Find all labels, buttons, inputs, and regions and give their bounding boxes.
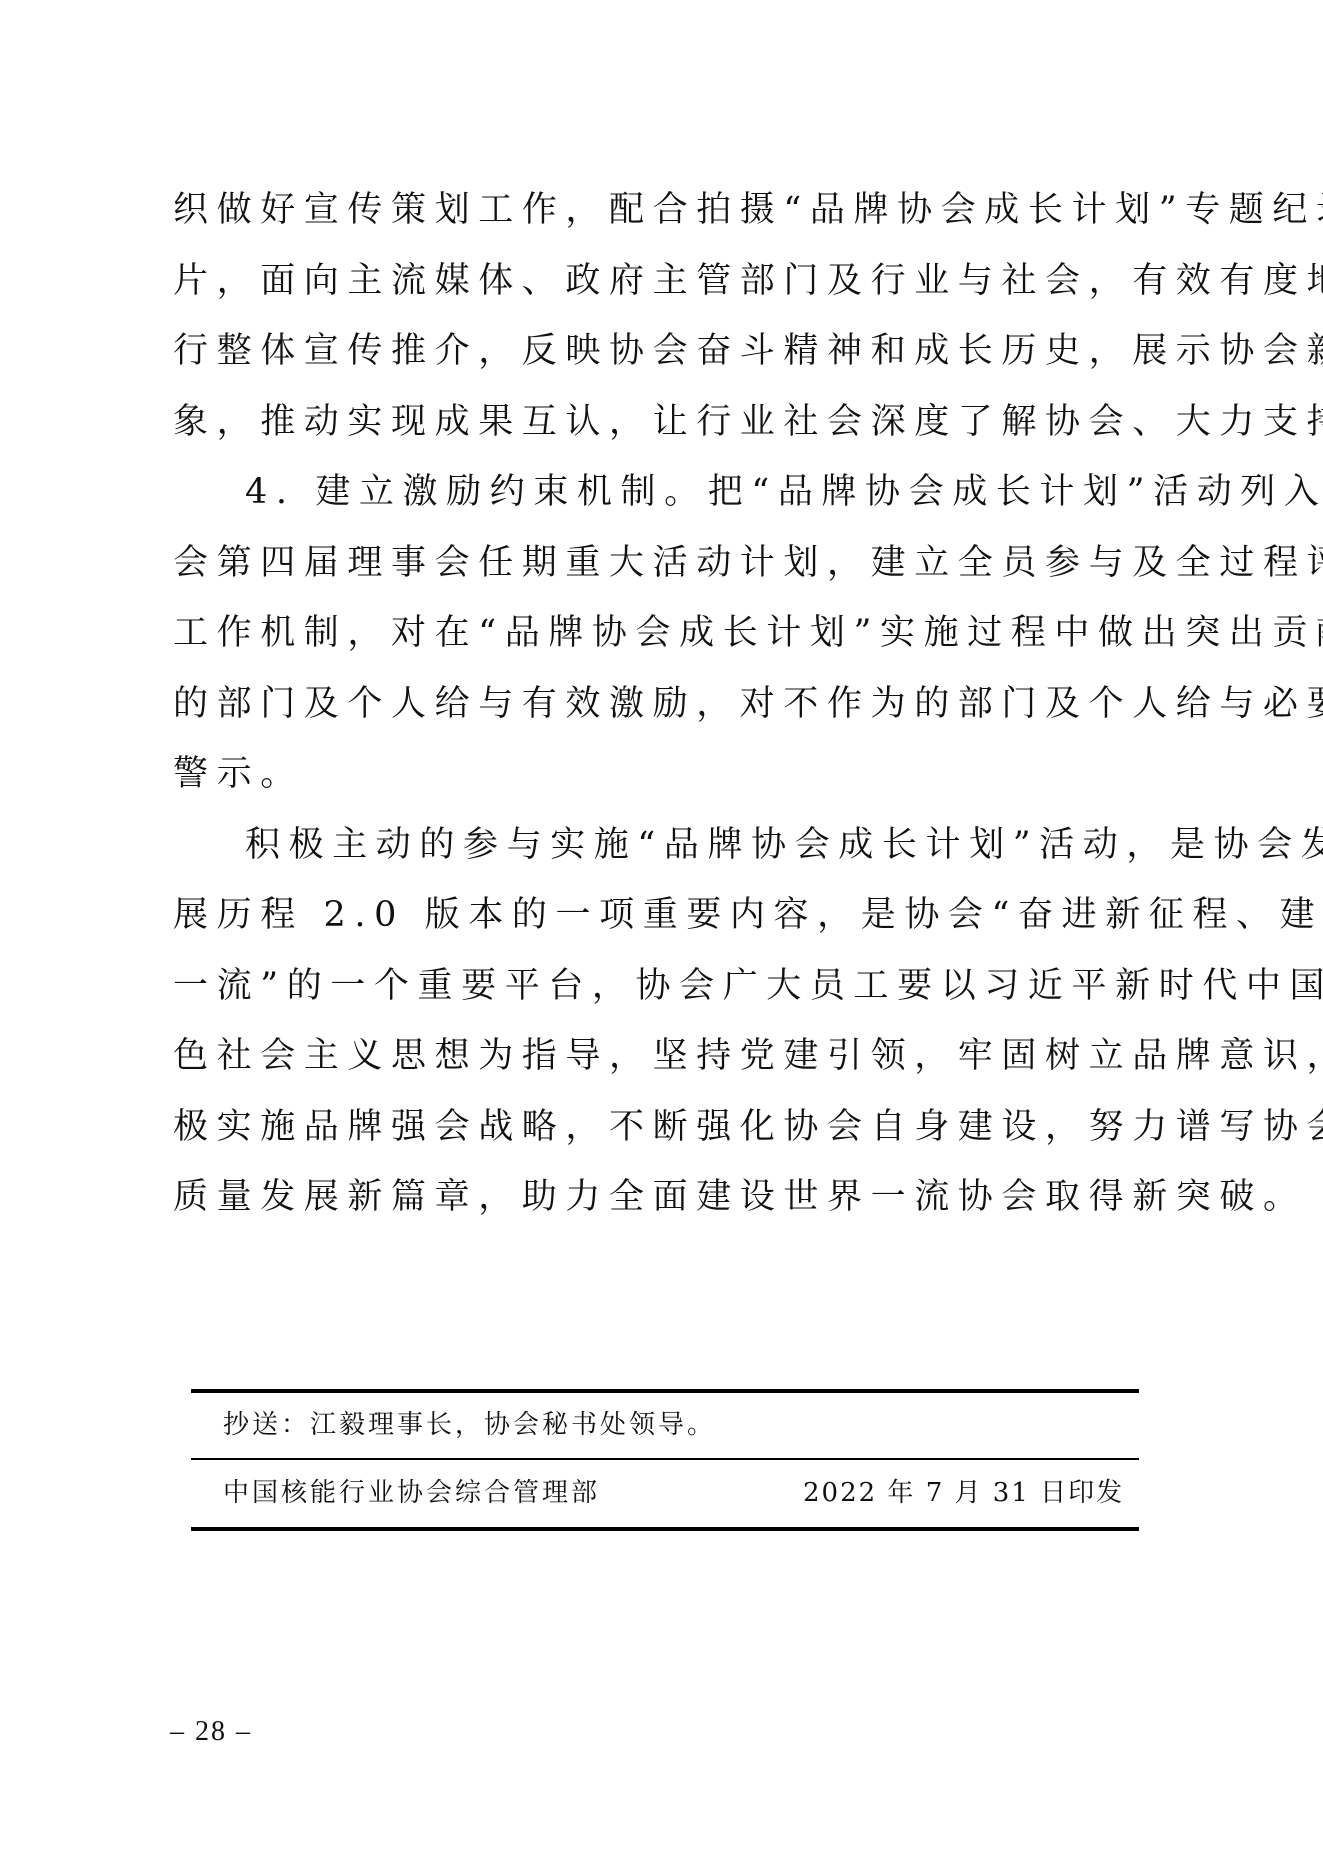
text-line: 一流”的一个重要平台，协会广大员工要以习近平新时代中国特	[173, 951, 1163, 1022]
cc-line: 抄送：江毅理事长，协会秘书处领导。	[191, 1393, 1139, 1458]
text-line: 质量发展新篇章，助力全面建设世界一流协会取得新突破。	[173, 1162, 1163, 1233]
text-line: 积极主动的参与实施“品牌协会成长计划”活动，是协会发	[173, 810, 1163, 881]
paragraph-incentive-mechanism: 4. 建立激励约束机制。把“品牌协会成长计划”活动列入协 会第四届理事会任期重大…	[173, 457, 1163, 810]
text-line: 会第四届理事会任期重大活动计划，建立全员参与及全过程评价	[173, 528, 1163, 599]
text-line: 展历程 2.0 版本的一项重要内容，是协会“奋进新征程、建功创	[173, 880, 1163, 951]
text-line: 色社会主义思想为指导，坚持党建引领，牢固树立品牌意识，积	[173, 1021, 1163, 1092]
text-line: 工作机制，对在“品牌协会成长计划”实施过程中做出突出贡献	[173, 598, 1163, 669]
issuer-name: 中国核能行业协会综合管理部	[223, 1478, 600, 1508]
text-line: 警示。	[173, 739, 1163, 810]
text-line: 行整体宣传推介，反映协会奋斗精神和成长历史，展示协会新形	[173, 316, 1163, 387]
paragraph-continued: 织做好宣传策划工作，配合拍摄“品牌协会成长计划”专题纪录 片，面向主流媒体、政府…	[173, 175, 1163, 457]
text-line: 象，推动实现成果互认，让行业社会深度了解协会、大力支持协会。	[173, 387, 1163, 458]
body-text: 织做好宣传策划工作，配合拍摄“品牌协会成长计划”专题纪录 片，面向主流媒体、政府…	[173, 175, 1163, 1233]
document-page: 织做好宣传策划工作，配合拍摄“品牌协会成长计划”专题纪录 片，面向主流媒体、政府…	[0, 0, 1323, 1871]
text-line: 的部门及个人给与有效激励，对不作为的部门及个人给与必要的	[173, 669, 1163, 740]
issue-date: 2022 年 7 月 31 日印发	[803, 1460, 1124, 1527]
paragraph-conclusion: 积极主动的参与实施“品牌协会成长计划”活动，是协会发 展历程 2.0 版本的一项…	[173, 810, 1163, 1233]
text-line: 织做好宣传策划工作，配合拍摄“品牌协会成长计划”专题纪录	[173, 175, 1163, 246]
text-line: 片，面向主流媒体、政府主管部门及行业与社会，有效有度地进	[173, 246, 1163, 317]
issue-row: 中国核能行业协会综合管理部 2022 年 7 月 31 日印发	[191, 1460, 1139, 1527]
text-line: 极实施品牌强会战略，不断强化协会自身建设，努力谱写协会高	[173, 1092, 1163, 1163]
bottom-rule	[191, 1527, 1139, 1531]
distribution-footer: 抄送：江毅理事长，协会秘书处领导。 中国核能行业协会综合管理部 2022 年 7…	[191, 1389, 1139, 1531]
page-number: – 28 –	[170, 1712, 252, 1752]
text-line: 4. 建立激励约束机制。把“品牌协会成长计划”活动列入协	[173, 457, 1163, 528]
